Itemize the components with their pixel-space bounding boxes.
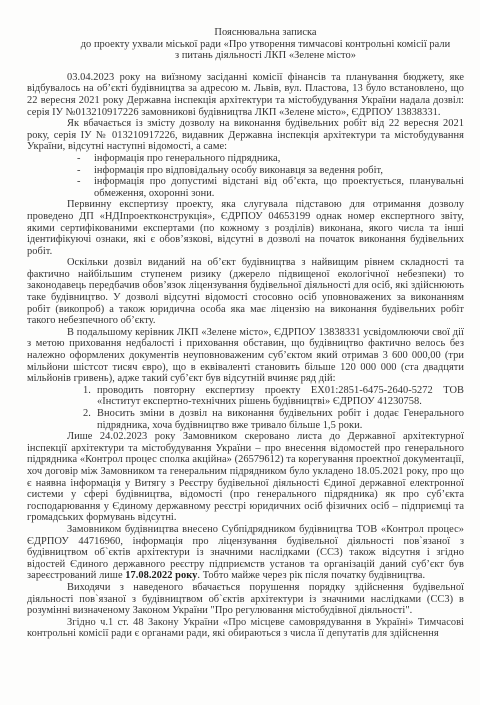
paragraph-permit-missing-info: Як вбачається із змісту дозволу на викон… <box>27 118 464 153</box>
document-title: Пояснювальна записка <box>27 27 464 39</box>
document-page: Пояснювальна записка до проекту ухвали м… <box>0 0 480 705</box>
paragraph-letter-to-inspection: Лише 24.02.2023 року Замовником скерован… <box>27 431 464 524</box>
paragraph-manager-actions: В подальшому керівник ЛКП «Зелене місто»… <box>27 327 464 385</box>
paragraph-subcontractor: Замовником будівництва внесено Субпідряд… <box>27 524 464 582</box>
document-body: Пояснювальна записка до проекту ухвали м… <box>27 27 464 640</box>
paragraph-legal-basis: Згідно ч.1 ст. 48 Закону України «Про мі… <box>27 617 464 640</box>
paragraph-initial-expertise: Первинну експертизу проекту, яка слугува… <box>27 199 464 257</box>
list-item: інформація про допустимі відстані від об… <box>80 176 464 199</box>
list-item-number: 2. <box>83 408 91 420</box>
document-header: Пояснювальна записка до проекту ухвали м… <box>27 27 464 62</box>
subcontractor-text-end: . Тобто майже через рік після початку бу… <box>197 570 425 581</box>
list-item: 2. Вносить зміни в дозвіл на виконання б… <box>83 408 464 431</box>
registration-date: 17.08.2022 року <box>125 570 197 581</box>
list-item: інформація про генерального підрядника, <box>80 153 464 165</box>
missing-info-list: інформація про генерального підрядника, … <box>27 153 464 199</box>
document-subtitle-line-2: з питань діяльності ЛКП «Зелене місто» <box>27 50 464 62</box>
list-item-text: Вносить зміни в дозвіл на виконання буді… <box>97 408 464 431</box>
list-item: інформація про відповідальну особу викон… <box>80 165 464 177</box>
paragraph-site-visit: 03.04.2023 року на виїзному засіданні ко… <box>27 72 464 118</box>
actions-list: 1. проводить повторну експертизу проекту… <box>27 385 464 431</box>
document-subtitle-line-1: до проекту ухвали міської ради «Про утво… <box>27 39 464 51</box>
paragraph-licensing-requirement: Оскільки дозвіл виданий на об’єкт будівн… <box>27 257 464 327</box>
list-item-text: проводить повторну експертизу проекту ЕХ… <box>97 385 464 408</box>
list-item: 1. проводить повторну експертизу проекту… <box>83 385 464 408</box>
paragraph-conclusion: Виходячи з наведеного вбачається порушен… <box>27 582 464 617</box>
list-item-number: 1. <box>83 385 91 397</box>
